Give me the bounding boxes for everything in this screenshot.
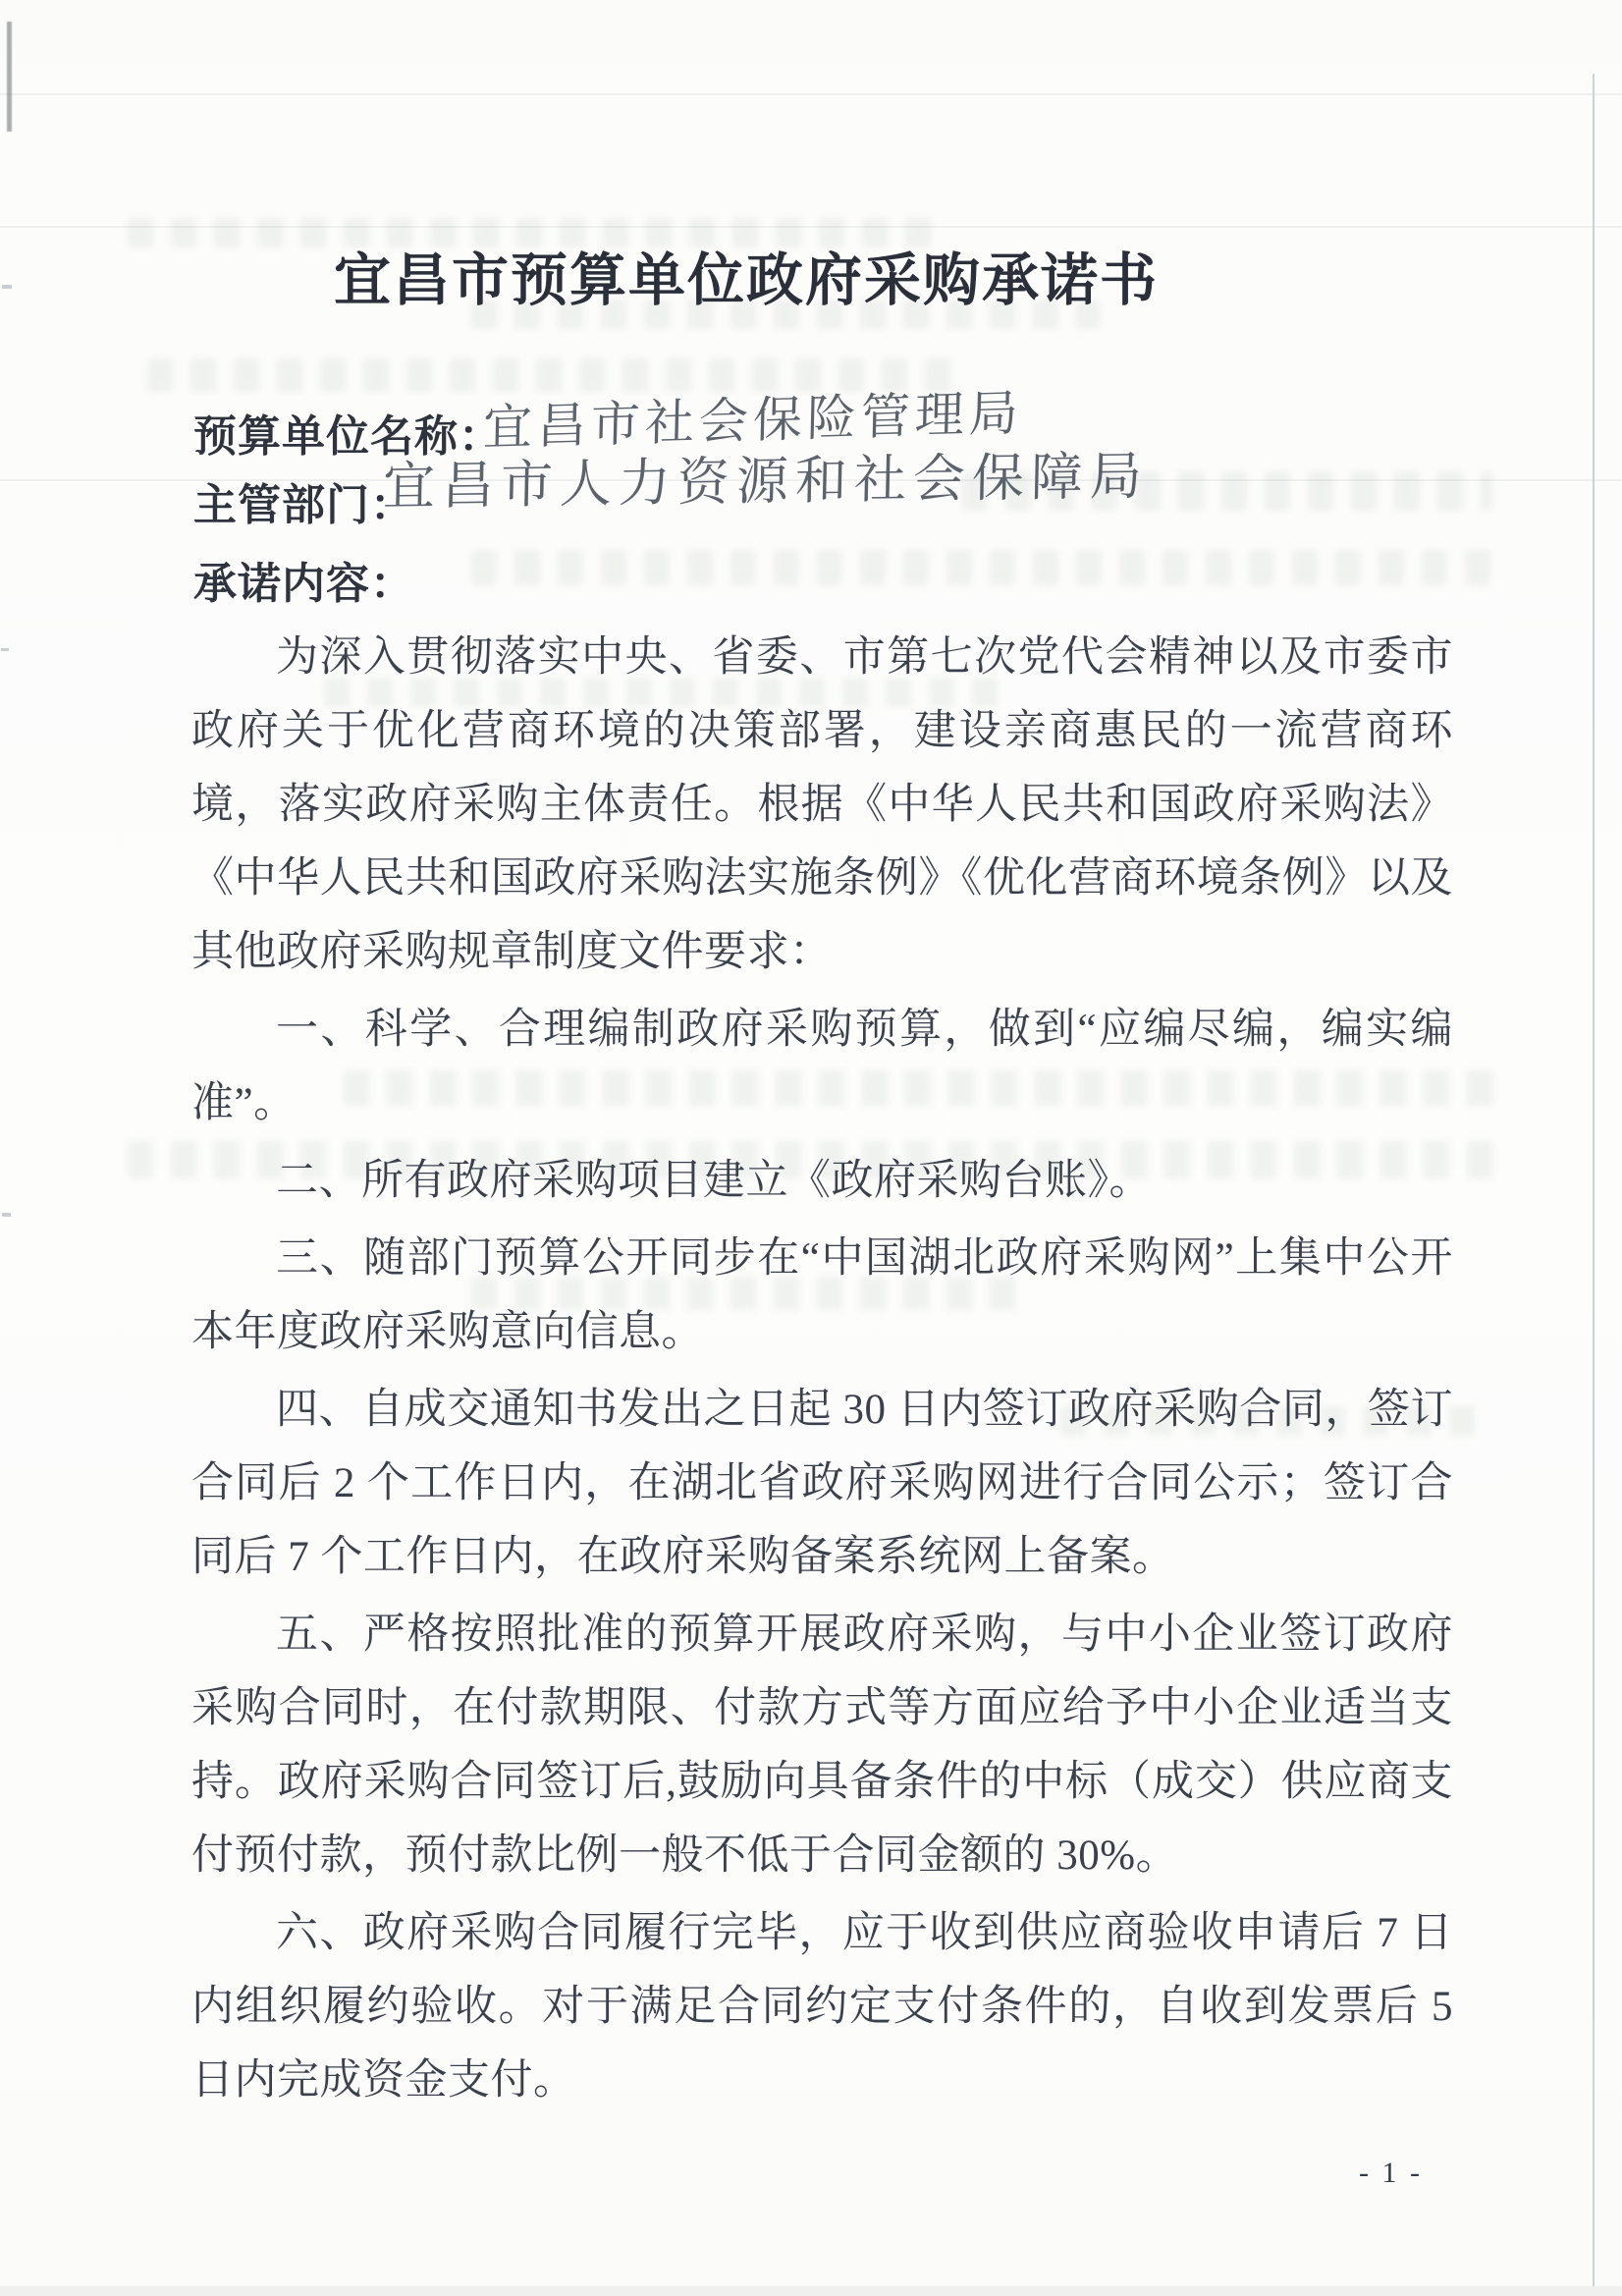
page-number: - 1 - [1359,2157,1423,2190]
paragraph-item-4: 四、自成交通知书发出之日起 30 日内签订政府采购合同，签订合同后 2 个工作日… [191,1373,1453,1594]
supervisor-dept-label: 主管部门： [193,469,414,532]
scan-bottom-shade [0,2286,1622,2296]
document-title: 宜昌市预算单位政府采购承诺书 [0,234,1492,316]
commitment-content-label: 承诺内容： [193,548,414,611]
scanned-document-page: 宜昌市预算单位政府采购承诺书 预算单位名称： 宜昌市社会保险管理局 主管部门： … [0,0,1622,2296]
bleed-through-artifact [471,550,1492,585]
paragraph-item-5: 五、严格按照批准的预算开展政府采购，与中小企业签订政府采购合同时，在付款期限、付… [191,1598,1453,1892]
supervisor-dept-handwritten-value: 宜昌市人力资源和社会保障局 [382,435,1150,520]
scan-streak-artifact [7,22,12,132]
scan-band-artifact [0,93,1622,95]
scan-tick-artifact [2,1213,11,1217]
scan-edge-line [1593,74,1595,2296]
paragraph-item-2: 二、所有政府采购项目建立《政府采购台账》。 [191,1144,1453,1218]
commitment-body: 为深入贯彻落实中央、省委、市第七次党代会精神以及市委市政府关于优化营商环境的决策… [191,621,1453,2117]
paragraph-intro: 为深入贯彻落实中央、省委、市第七次党代会精神以及市委市政府关于优化营商环境的决策… [191,621,1453,989]
paragraph-item-6: 六、政府采购合同履行完毕，应于收到供应商验收申请后 7 日内组织履约验收。对于满… [191,1896,1453,2117]
paragraph-item-3: 三、随部门预算公开同步在“中国湖北政府采购网”上集中公开本年度政府采购意向信息。 [191,1222,1453,1369]
scan-tick-artifact [1,648,9,651]
paragraph-item-1: 一、科学、合理编制政府采购预算，做到“应编尽编，编实编准”。 [191,993,1453,1140]
